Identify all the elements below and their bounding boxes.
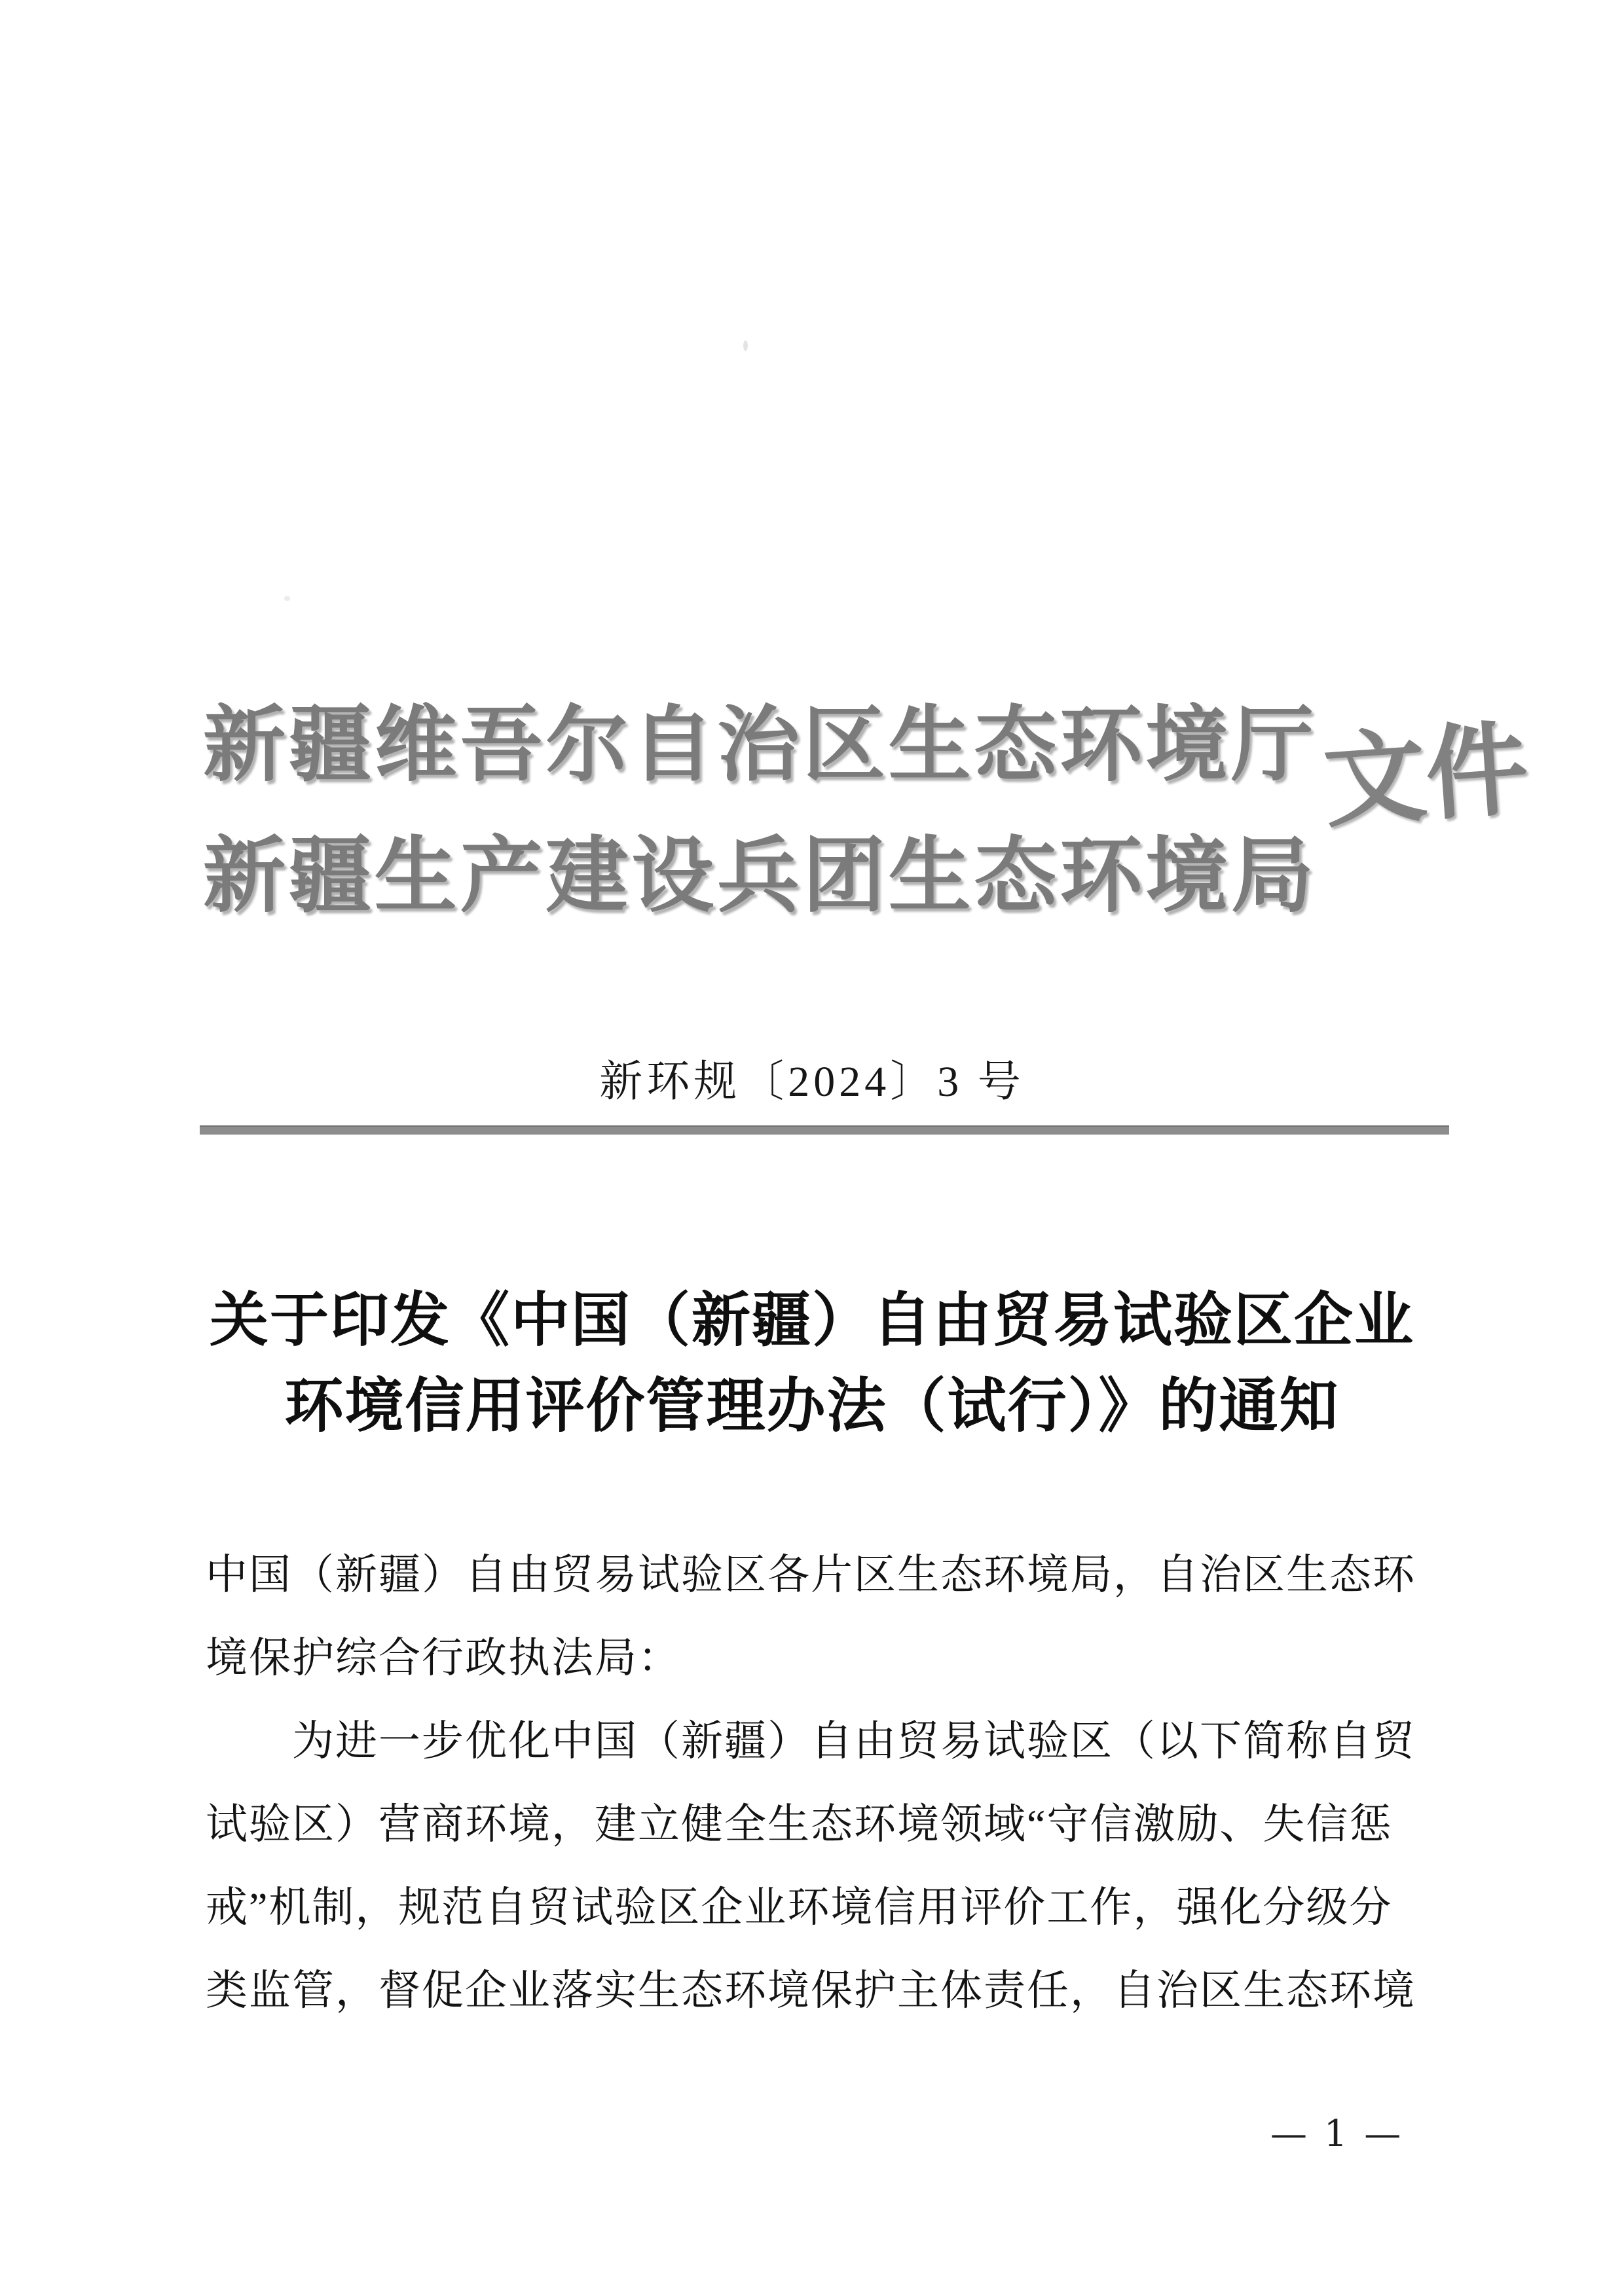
- agency-name-line2: 新疆生产建设兵团生态环境局: [203, 812, 1316, 943]
- body-line-paragraph-1: 为进一步优化中国（新疆）自由贸易试验区（以下简称自贸: [206, 1700, 1421, 1783]
- body-line-paragraph-4: 类监管，督促企业落实生态环境保护主体责任，自治区生态环境: [206, 1949, 1421, 2032]
- scan-artifact-speck: [743, 340, 748, 351]
- page-number: — 1 —: [1270, 2113, 1403, 2155]
- header-divider-line: [200, 1125, 1449, 1135]
- document-title-line1: 关于印发《中国（新疆）自由贸易试验区企业: [0, 1278, 1624, 1364]
- document-stamp-label: 文件: [1320, 714, 1532, 839]
- body-line-salutation-1: 中国（新疆）自由贸易试验区各片区生态环境局，自治区生态环: [206, 1533, 1421, 1616]
- body-line-paragraph-2: 试验区）营商环境，建立健全生态环境领域“守信激励、失信惩: [206, 1783, 1421, 1866]
- agency-header: 新疆维吾尔自治区生态环境厅 新疆生产建设兵团生态环境局: [203, 681, 1316, 943]
- document-number: 新环规〔2024〕3 号: [0, 1053, 1624, 1112]
- body-line-salutation-2: 境保护综合行政执法局：: [206, 1616, 1421, 1700]
- agency-name-line1: 新疆维吾尔自治区生态环境厅: [203, 681, 1316, 812]
- body-line-paragraph-3: 戒”机制，规范自贸试验区企业环境信用评价工作，强化分级分: [206, 1866, 1421, 1949]
- scan-artifact-speck: [284, 596, 290, 601]
- document-title: 关于印发《中国（新疆）自由贸易试验区企业 环境信用评价管理办法（试行）》的通知: [0, 1278, 1624, 1449]
- document-body: 中国（新疆）自由贸易试验区各片区生态环境局，自治区生态环 境保护综合行政执法局：…: [206, 1533, 1421, 2032]
- document-title-line2: 环境信用评价管理办法（试行）》的通知: [0, 1364, 1624, 1449]
- document-page: 新疆维吾尔自治区生态环境厅 新疆生产建设兵团生态环境局 文件 新环规〔2024〕…: [0, 0, 1624, 2296]
